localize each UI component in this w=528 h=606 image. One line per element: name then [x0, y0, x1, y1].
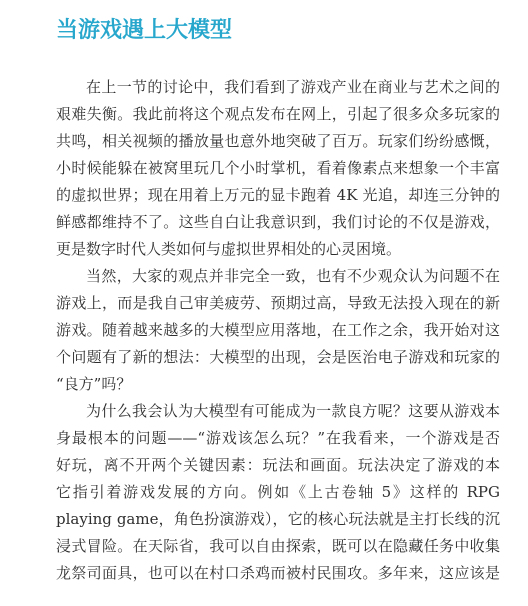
text-line: playing game，角色扮演游戏），它的核心玩法就是主打长线的沉 [56, 506, 500, 533]
page-title: 当游戏遇上大模型 [56, 18, 232, 42]
text-line: 的虚拟世界；现在用着上万元的显卡跑着 4K 光追，却连三分钟的新 [56, 182, 500, 209]
text-line: 艰难失衡。我此前将这个观点发布在网上，引起了很多众多玩家的 [56, 101, 500, 128]
text-line: 浸式冒险。在天际省，我可以自由探索，既可以在隐藏任务中收集 [56, 533, 500, 560]
text-line: 为什么我会认为大模型有可能成为一款良方呢？这要从游戏本 [56, 398, 500, 425]
text-line: 共鸣，相关视频的播放量也意外地突破了百万。玩家们纷纷感慨， [56, 128, 500, 155]
text-line: 当然，大家的观点并非完全一致，也有不少观众认为问题不在 [56, 263, 500, 290]
text-line: 身最根本的问题——“游戏该怎么玩？”在我看来，一个游戏是否 [56, 425, 500, 452]
document-page: 当游戏遇上大模型 在上一节的讨论中，我们看到了游戏产业在商业与艺术之间的艰难失衡… [0, 0, 528, 606]
text-line: 游戏上，而是我自己审美疲劳、预期过高，导致无法投入现在的新 [56, 290, 500, 317]
text-line: “良方”吗？ [56, 371, 500, 398]
document-body: 在上一节的讨论中，我们看到了游戏产业在商业与艺术之间的艰难失衡。我此前将这个观点… [56, 74, 500, 587]
text-line: 它指引着游戏发展的方向。例如《上古卷轴 5》这样的 RPG（role- [56, 479, 500, 506]
text-line: 个问题有了新的想法：大模型的出现，会是医治电子游戏和玩家的 [56, 344, 500, 371]
text-line: 鲜感都维持不了。这些自白让我意识到，我们讨论的不仅是游戏， [56, 209, 500, 236]
text-line: 游戏。随着越来越多的大模型应用落地，在工作之余，我开始对这 [56, 317, 500, 344]
text-line: 更是数字时代人类如何与虚拟世界相处的心灵困境。 [56, 236, 500, 263]
text-line: 小时候能躲在被窝里玩几个小时掌机，看着像素点来想象一个丰富 [56, 155, 500, 182]
text-line: 龙祭司面具，也可以在村口杀鸡而被村民围攻。多年来，这应该是 [56, 560, 500, 587]
text-line: 好玩，离不开两个关键因素：玩法和画面。玩法决定了游戏的本质， [56, 452, 500, 479]
text-line: 在上一节的讨论中，我们看到了游戏产业在商业与艺术之间的 [56, 74, 500, 101]
